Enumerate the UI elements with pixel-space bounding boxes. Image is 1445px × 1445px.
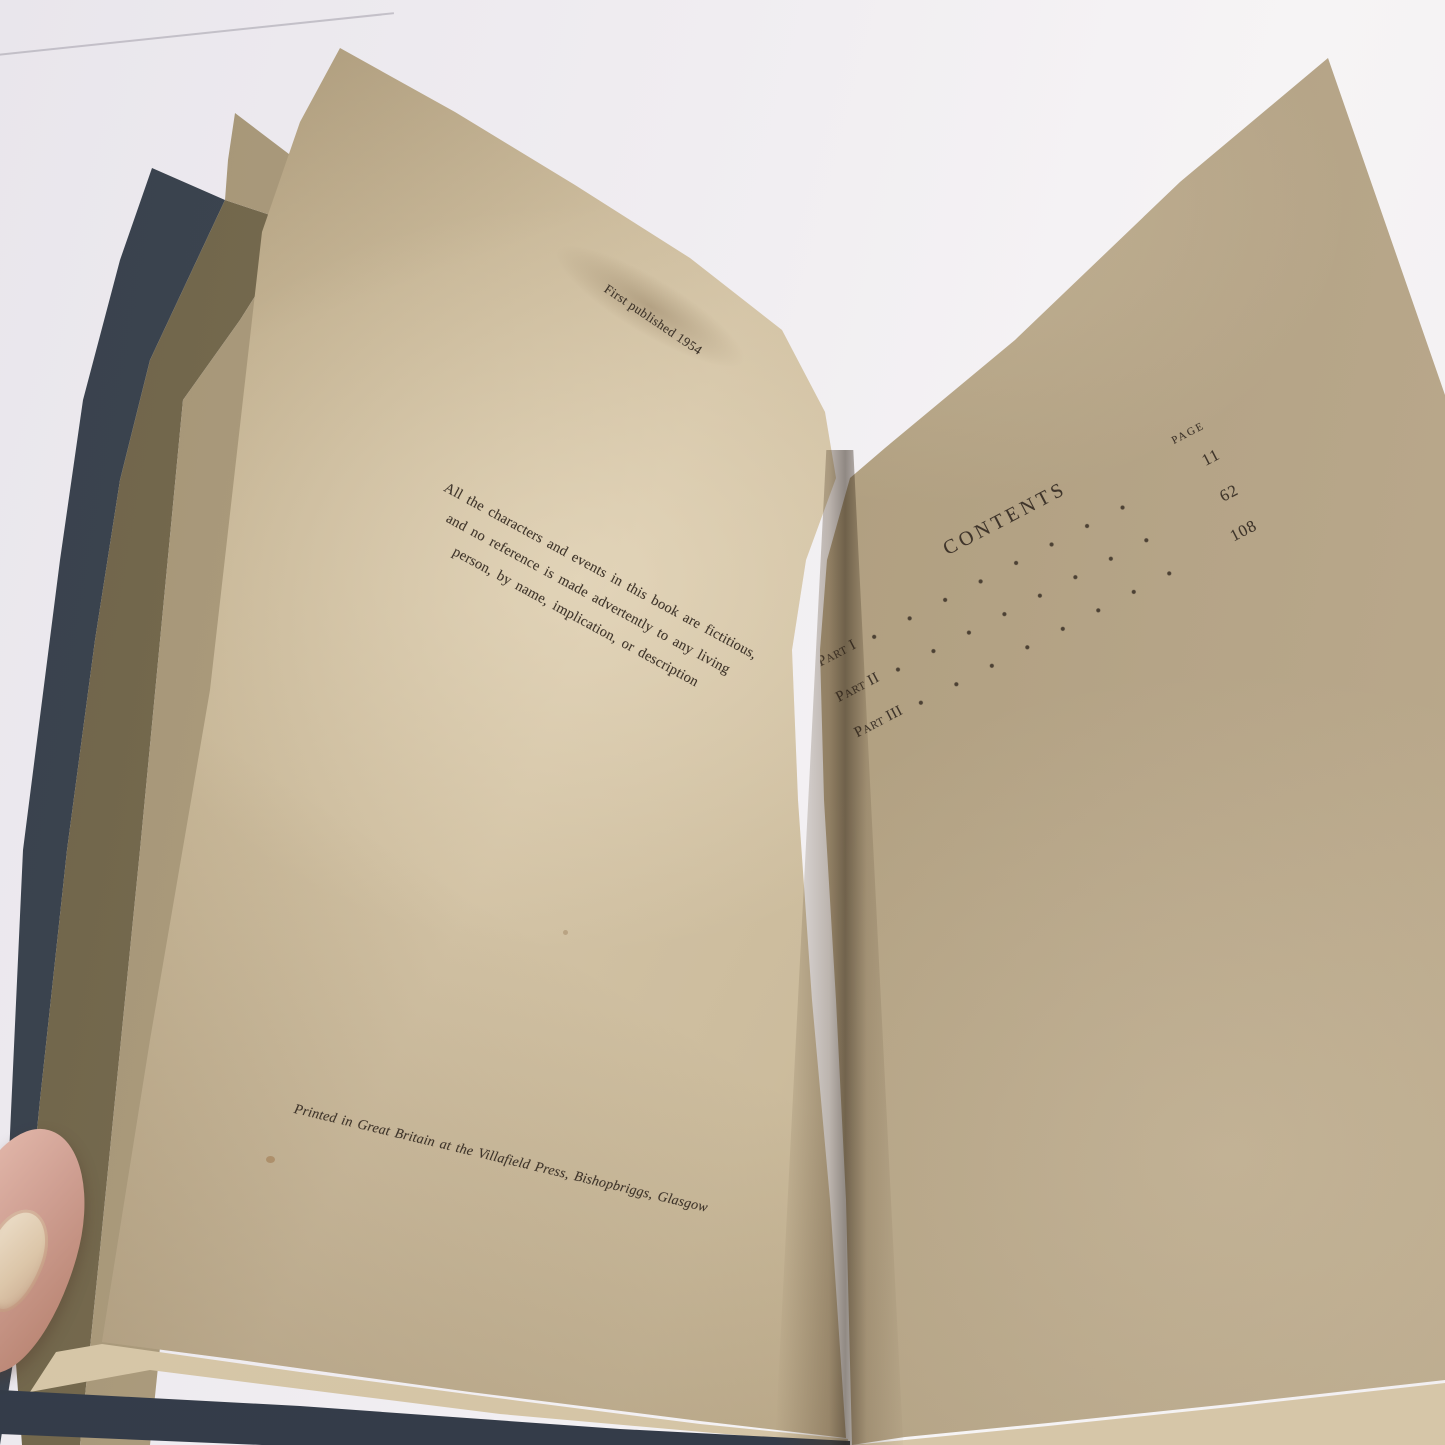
disclaimer-line-2: and no reference is made advertently to … [441, 506, 735, 682]
toc-page-number: 108 [1198, 516, 1260, 561]
page-curl-shadow [507, 200, 794, 413]
open-book-photo: First published 1954 All the characters … [0, 0, 1445, 1445]
paper-speck [266, 1156, 275, 1163]
printer-imprint: Printed in Great Britain at the Villafie… [292, 1102, 709, 1217]
thumb-nail [0, 1201, 60, 1320]
toc-page-number: 62 [1180, 480, 1242, 525]
paper-speck [563, 930, 568, 935]
disclaimer-text: All the characters and events in this bo… [393, 464, 784, 724]
background-crease [0, 12, 394, 56]
